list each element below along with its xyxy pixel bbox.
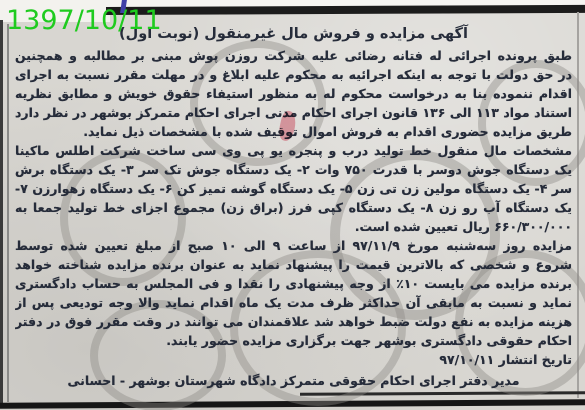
notice-line: طبق پرونده اجرائی له فتانه رضائی علیه شر… [15, 46, 572, 65]
notice-line: ۶۶۰/۳۰۰/۰۰۰ ریال تعیین شده است. [15, 217, 572, 236]
notice-line: یک دستگاه جوش دوسر با قدرت ۷۵۰ وات ۲- یک… [15, 160, 572, 179]
notice-line: احکام حقوقی دادگستری بوشهر جهت برگزاری م… [15, 331, 572, 350]
notice-line: مزایده روز سه‌شنبه مورخ ۹۷/۱۱/۹ از ساعت … [15, 236, 572, 255]
signature-line: مدیر دفتر اجرای احکام حقوقی متمرکز دادگا… [15, 372, 572, 389]
notice-line: یک دستگاه آب رو زن ۸- یک دستگاه کپی فرز … [15, 198, 572, 217]
notice-line: اقدام ننموده بنا به درخواست محکوم له به … [15, 84, 572, 103]
notice-line: نماید و نسبت به مابقی آن حداکثر ظرف مدت … [15, 293, 572, 312]
date-stamp: 1397/10/11 [6, 6, 162, 36]
publish-date: تاریخ انتشار ۹۷/۱۰/۱۱ [15, 350, 572, 369]
notice-line: هزینه مزایده به نفع دولت ضبط خواهد شد عل… [15, 312, 572, 331]
notice-line: برنده مزایده می بایست ۱۰٪ از وجه پیشنهاد… [15, 274, 572, 293]
notice-body: آگهی مزایده و فروش مال غیرمنقول (نوبت او… [15, 22, 572, 389]
notice-line: سر ۴- یک دستگاه مولین زن تی زن ۵- یک دست… [15, 179, 572, 198]
notice-line: مشخصات مال منقول خط تولید درب و پنجره یو… [15, 141, 572, 160]
notice-line: شروع و شخصی که بالاترین قیمت را پیشنهاد … [15, 255, 572, 274]
notice-line: در حق دولت با توجه به اینکه اجرائیه به م… [15, 65, 572, 84]
notice-left-inner-border [7, 24, 9, 402]
scanned-newspaper-notice: 1397/10/11 آگهی مزایده و فروش مال غیرمنق… [0, 0, 585, 410]
notice-left-border [0, 20, 3, 404]
notice-top-border [106, 5, 585, 15]
